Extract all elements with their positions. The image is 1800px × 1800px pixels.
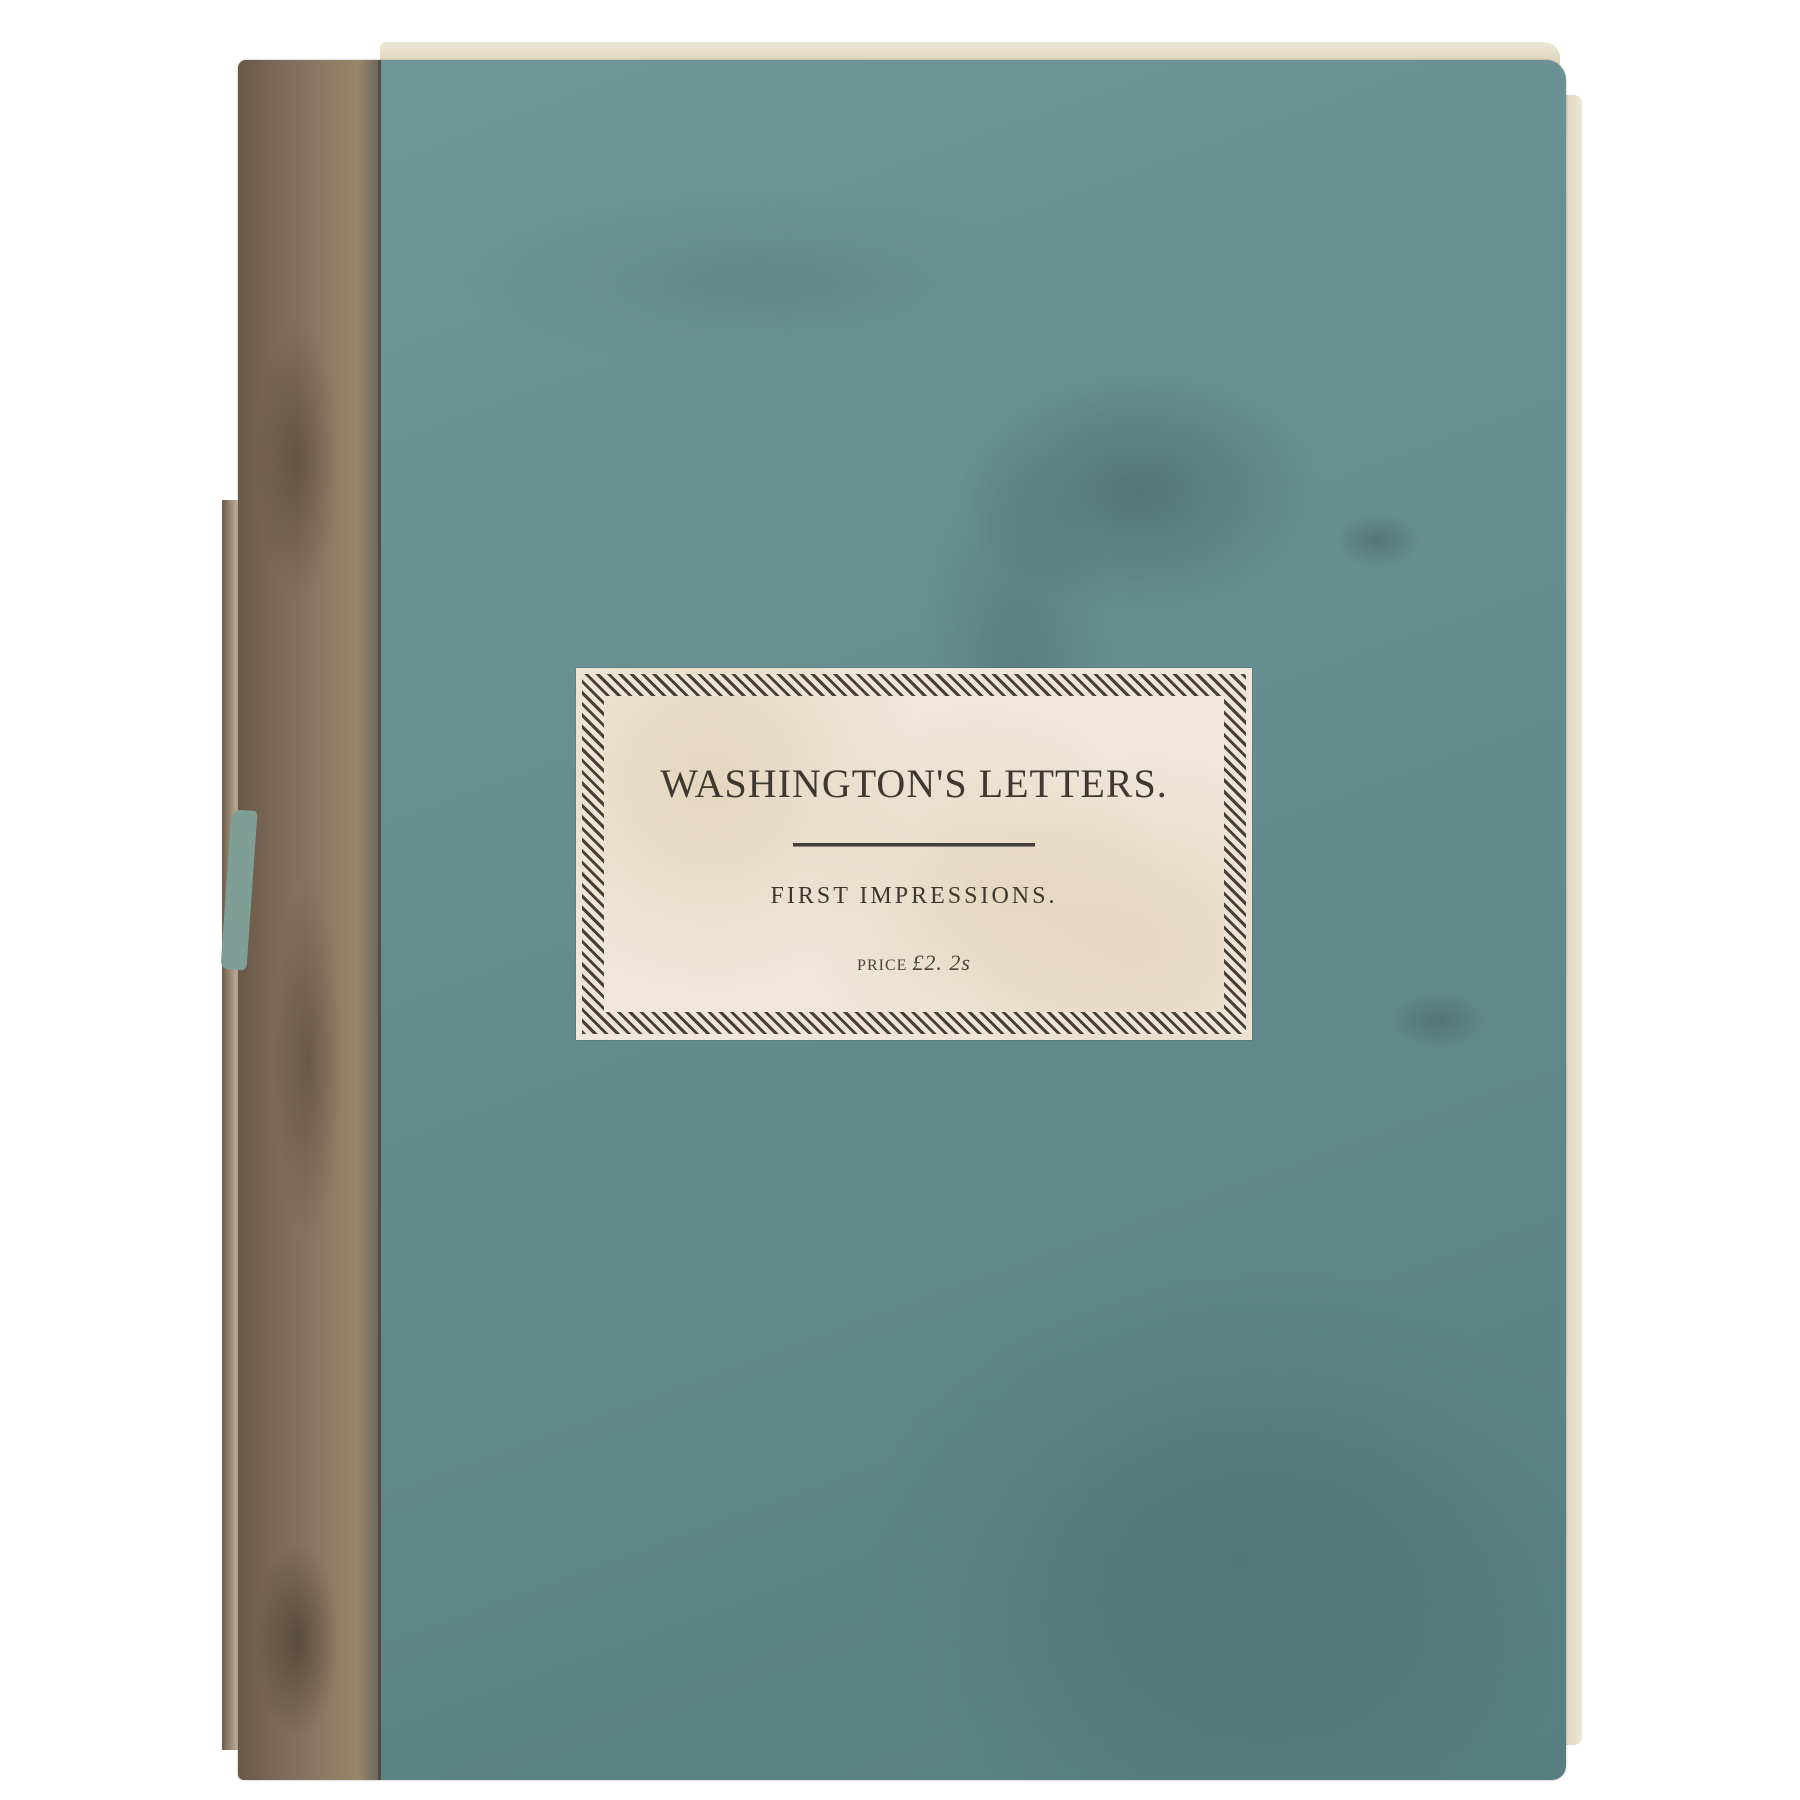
book-spine (238, 60, 381, 1780)
label-divider (793, 843, 1035, 847)
label-content: WASHINGTON'S LETTERS. FIRST IMPRESSIONS.… (616, 708, 1212, 1000)
label-subtitle: FIRST IMPRESSIONS. (771, 883, 1058, 910)
price-prefix: PRICE (857, 957, 907, 974)
price-amount: £2. 2s (912, 950, 971, 975)
label-title: WASHINGTON'S LETTERS. (660, 760, 1167, 807)
cover-label: WASHINGTON'S LETTERS. FIRST IMPRESSIONS.… (576, 668, 1252, 1040)
label-price: PRICE £2. 2s (857, 950, 971, 976)
